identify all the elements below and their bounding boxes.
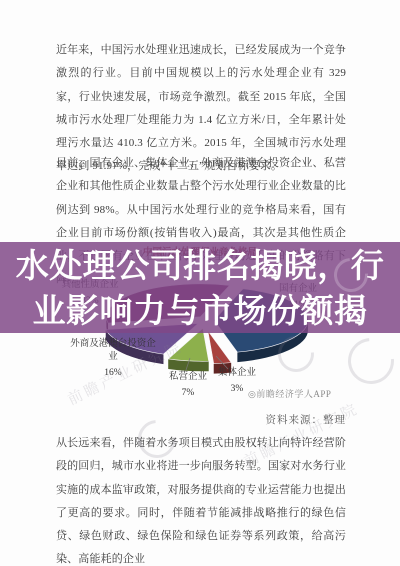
- qianzhan-app-watermark: ◎前瞻经济学人APP: [248, 387, 331, 400]
- pie-label-foreign: 外商及港澳台投资企业 16%: [70, 338, 156, 380]
- pie-label-collective-name: 集体企业: [214, 367, 260, 380]
- headline-line-2: 业影响力与市场份额揭: [33, 288, 368, 333]
- pie-label-private-name: 私营企业: [165, 371, 211, 384]
- pie-label-private-pct: 7%: [165, 387, 211, 400]
- pie-label-foreign-pct: 16%: [70, 367, 156, 380]
- chart-source-note: 资料来源：整理: [146, 412, 346, 427]
- headline-overlay: 水处理公司排名揭晓，行 业影响力与市场份额揭: [0, 242, 400, 333]
- headline-line-1: 水处理公司排名揭晓，行: [16, 243, 385, 288]
- pie-label-private: 私营企业 7%: [165, 371, 211, 400]
- article-page: 近年来，中国污水处理业迅速成长，已经发展成为一个竞争激烈的行业。目前中国规模以上…: [0, 0, 400, 566]
- pie-label-foreign-name: 外商及港澳台投资企业: [70, 338, 156, 364]
- paragraph-outlook: 从长远来看，伴随着水务项目模式由股权转让向特许经营阶段的回归，城市水业将进一步向…: [56, 432, 346, 566]
